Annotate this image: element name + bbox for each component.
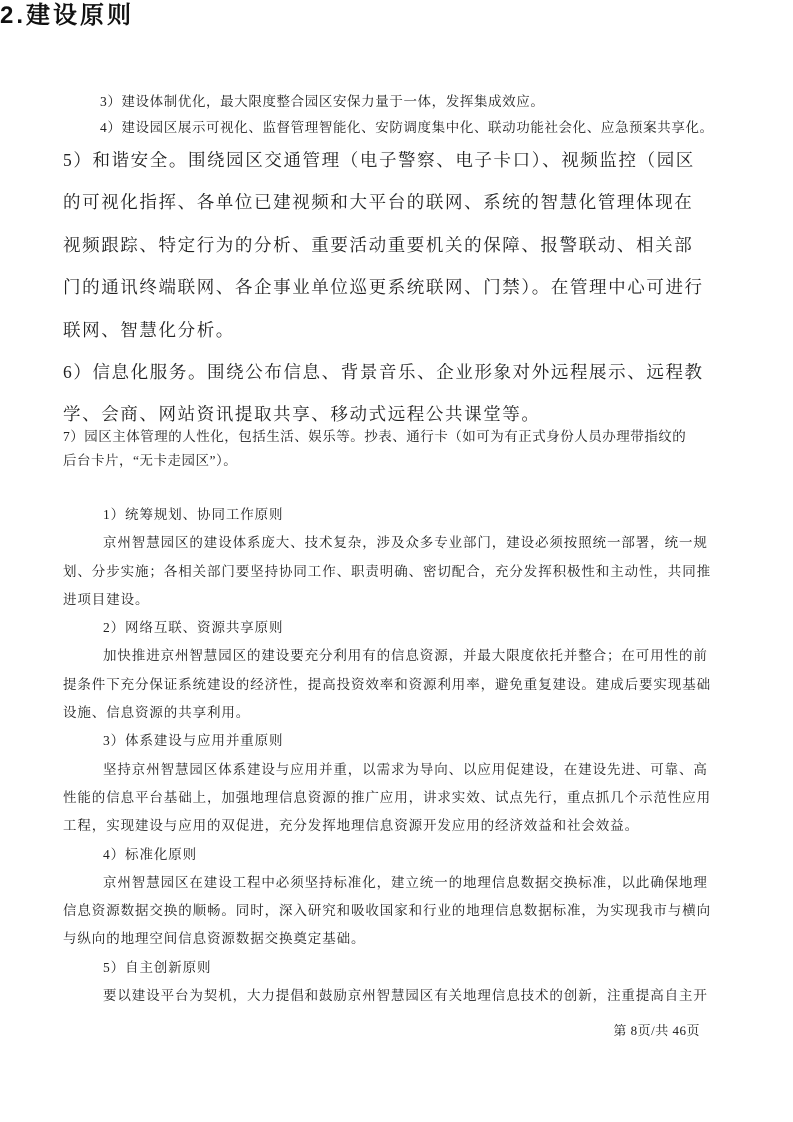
section-heading: 2.建设原则 — [0, 0, 500, 32]
item-7: 7）园区主体管理的人性化，包括生活、娱乐等。抄表、通行卡（如可为有正式身份人员办… — [63, 425, 713, 473]
section-body-line: 性能的信息平台基础上，加强地理信息资源的推广应用，讲求实效、试点先行，重点抓几个… — [63, 784, 713, 812]
section-body-line: 京州智慧园区的建设体系庞大、技术复杂，涉及众多专业部门，建设必须按照统一部署，统… — [63, 529, 713, 557]
section-body-line: 京州智慧园区在建设工程中必须坚持标准化，建立统一的地理信息数据交换标准，以此确保… — [63, 869, 713, 897]
section-body-line: 提条件下充分保证系统建设的经济性，提高投资效率和资源利用率，避免重复建设。建成后… — [63, 671, 713, 699]
item-3: 3）建设体制优化，最大限度整合园区安保力量于一体，发挥集成效应。 — [63, 89, 713, 115]
para6-line: 6）信息化服务。围绕公布信息、背景音乐、企业形象对外远程展示、远程教 — [63, 351, 713, 393]
section-title: 1）统筹规划、协同工作原则 — [63, 501, 713, 529]
item7-line: 7）园区主体管理的人性化，包括生活、娱乐等。抄表、通行卡（如可为有正式身份人员办… — [63, 425, 713, 449]
paragraph-5-and-6: 5）和谐安全。围绕园区交通管理（电子警察、电子卡口）、视频监控（园区 的可视化指… — [63, 139, 713, 436]
section-title: 4）标准化原则 — [63, 841, 713, 869]
principles-sections: 1）统筹规划、协同工作原则 京州智慧园区的建设体系庞大、技术复杂，涉及众多专业部… — [63, 501, 713, 1010]
section-title: 3）体系建设与应用并重原则 — [63, 727, 713, 755]
para5-line: 的可视化指挥、各单位已建视频和大平台的联网、系统的智慧化管理体现在 — [63, 181, 713, 223]
item7-line: 后台卡片，“无卡走园区”）。 — [63, 449, 713, 473]
numbered-items-3-4: 3）建设体制优化，最大限度整合园区安保力量于一体，发挥集成效应。 4）建设园区展… — [63, 89, 713, 140]
section-body-line: 信息资源数据交换的顺畅。同时，深入研究和吸收国家和行业的地理信息数据标准，为实现… — [63, 897, 713, 925]
para5-line: 门的通讯终端联网、各企事业单位巡更系统联网、门禁）。在管理中心可进行 — [63, 266, 713, 308]
section-body-line: 工程，实现建设与应用的双促进，充分发挥地理信息资源开发应用的经济效益和社会效益。 — [63, 812, 713, 840]
para5-line: 视频跟踪、特定行为的分析、重要活动重要机关的保障、报警联动、相关部 — [63, 224, 713, 266]
item-4: 4）建设园区展示可视化、监督管理智能化、安防调度集中化、联动功能社会化、应急预案… — [63, 115, 713, 141]
section-body-line: 设施、信息资源的共享利用。 — [63, 699, 713, 727]
section-title: 5）自主创新原则 — [63, 954, 713, 982]
page-number: 第 8页/共 46页 — [613, 1022, 700, 1040]
section-title: 2）网络互联、资源共享原则 — [63, 614, 713, 642]
para5-line: 5）和谐安全。围绕园区交通管理（电子警察、电子卡口）、视频监控（园区 — [63, 139, 713, 181]
section-body-line: 划、分步实施；各相关部门要坚持协同工作、职责明确、密切配合，充分发挥积极性和主动… — [63, 558, 713, 586]
document-page: 3）建设体制优化，最大限度整合园区安保力量于一体，发挥集成效应。 4）建设园区展… — [0, 0, 793, 1122]
section-body-line: 加快推进京州智慧园区的建设要充分利用有的信息资源，并最大限度依托并整合；在可用性… — [63, 642, 713, 670]
section-body-line: 坚持京州智慧园区体系建设与应用并重，以需求为导向、以应用促建设，在建设先进、可靠… — [63, 756, 713, 784]
section-body-line: 与纵向的地理空间信息资源数据交换奠定基础。 — [63, 925, 713, 953]
section-body-line: 进项目建设。 — [63, 586, 713, 614]
section-body-line: 要以建设平台为契机，大力提倡和鼓励京州智慧园区有关地理信息技术的创新，注重提高自… — [63, 982, 713, 1010]
para5-line: 联网、智慧化分析。 — [63, 309, 713, 351]
